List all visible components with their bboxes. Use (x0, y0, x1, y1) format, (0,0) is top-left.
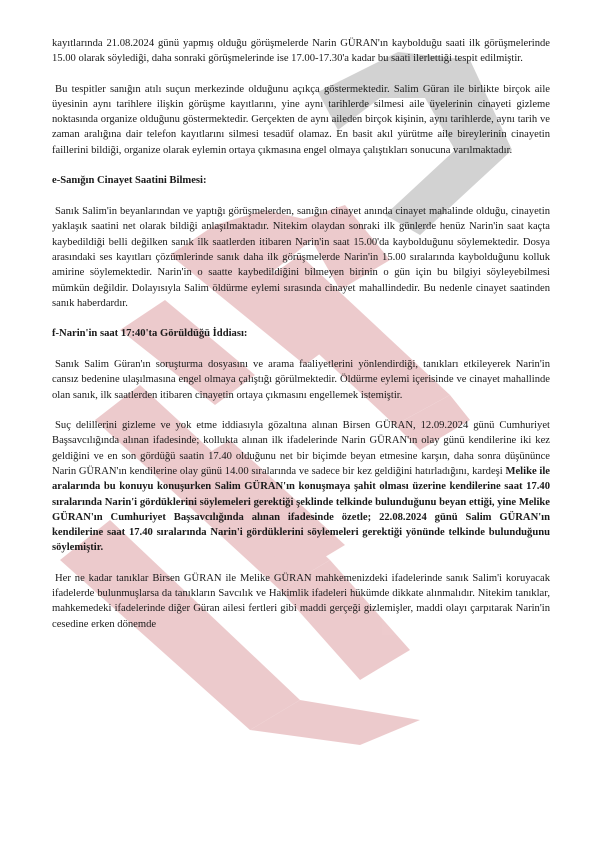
paragraph-intro-1: kayıtlarında 21.08.2024 günü yapmış oldu… (52, 36, 550, 67)
paragraph-normal-text: Suç delillerini gizleme ve yok etme iddi… (52, 420, 550, 477)
section-f-paragraph-3: Her ne kadar tanıklar Birsen GÜRAN ile M… (52, 571, 550, 632)
document-body: kayıtlarında 21.08.2024 günü yapmış oldu… (52, 36, 550, 647)
section-f-paragraph-2: Suç delillerini gizleme ve yok etme iddi… (52, 418, 550, 556)
paragraph-intro-2: Bu tespitler sanığın atılı suçun merkezi… (52, 82, 550, 158)
document-page: kayıtlarında 21.08.2024 günü yapmış oldu… (0, 0, 595, 842)
section-f-heading: f-Narin'in saat 17:40'ta Görüldüğü İddia… (52, 326, 550, 341)
section-e-heading: e-Sanığın Cinayet Saatini Bilmesi: (52, 173, 550, 188)
paragraph-bold-text: Melike ile aralarında bu konuyu konuşurk… (52, 466, 550, 553)
section-e-paragraph: Sanık Salim'in beyanlarından ve yaptığı … (52, 204, 550, 311)
section-f-paragraph-1: Sanık Salim Güran'ın soruşturma dosyasın… (52, 357, 550, 403)
